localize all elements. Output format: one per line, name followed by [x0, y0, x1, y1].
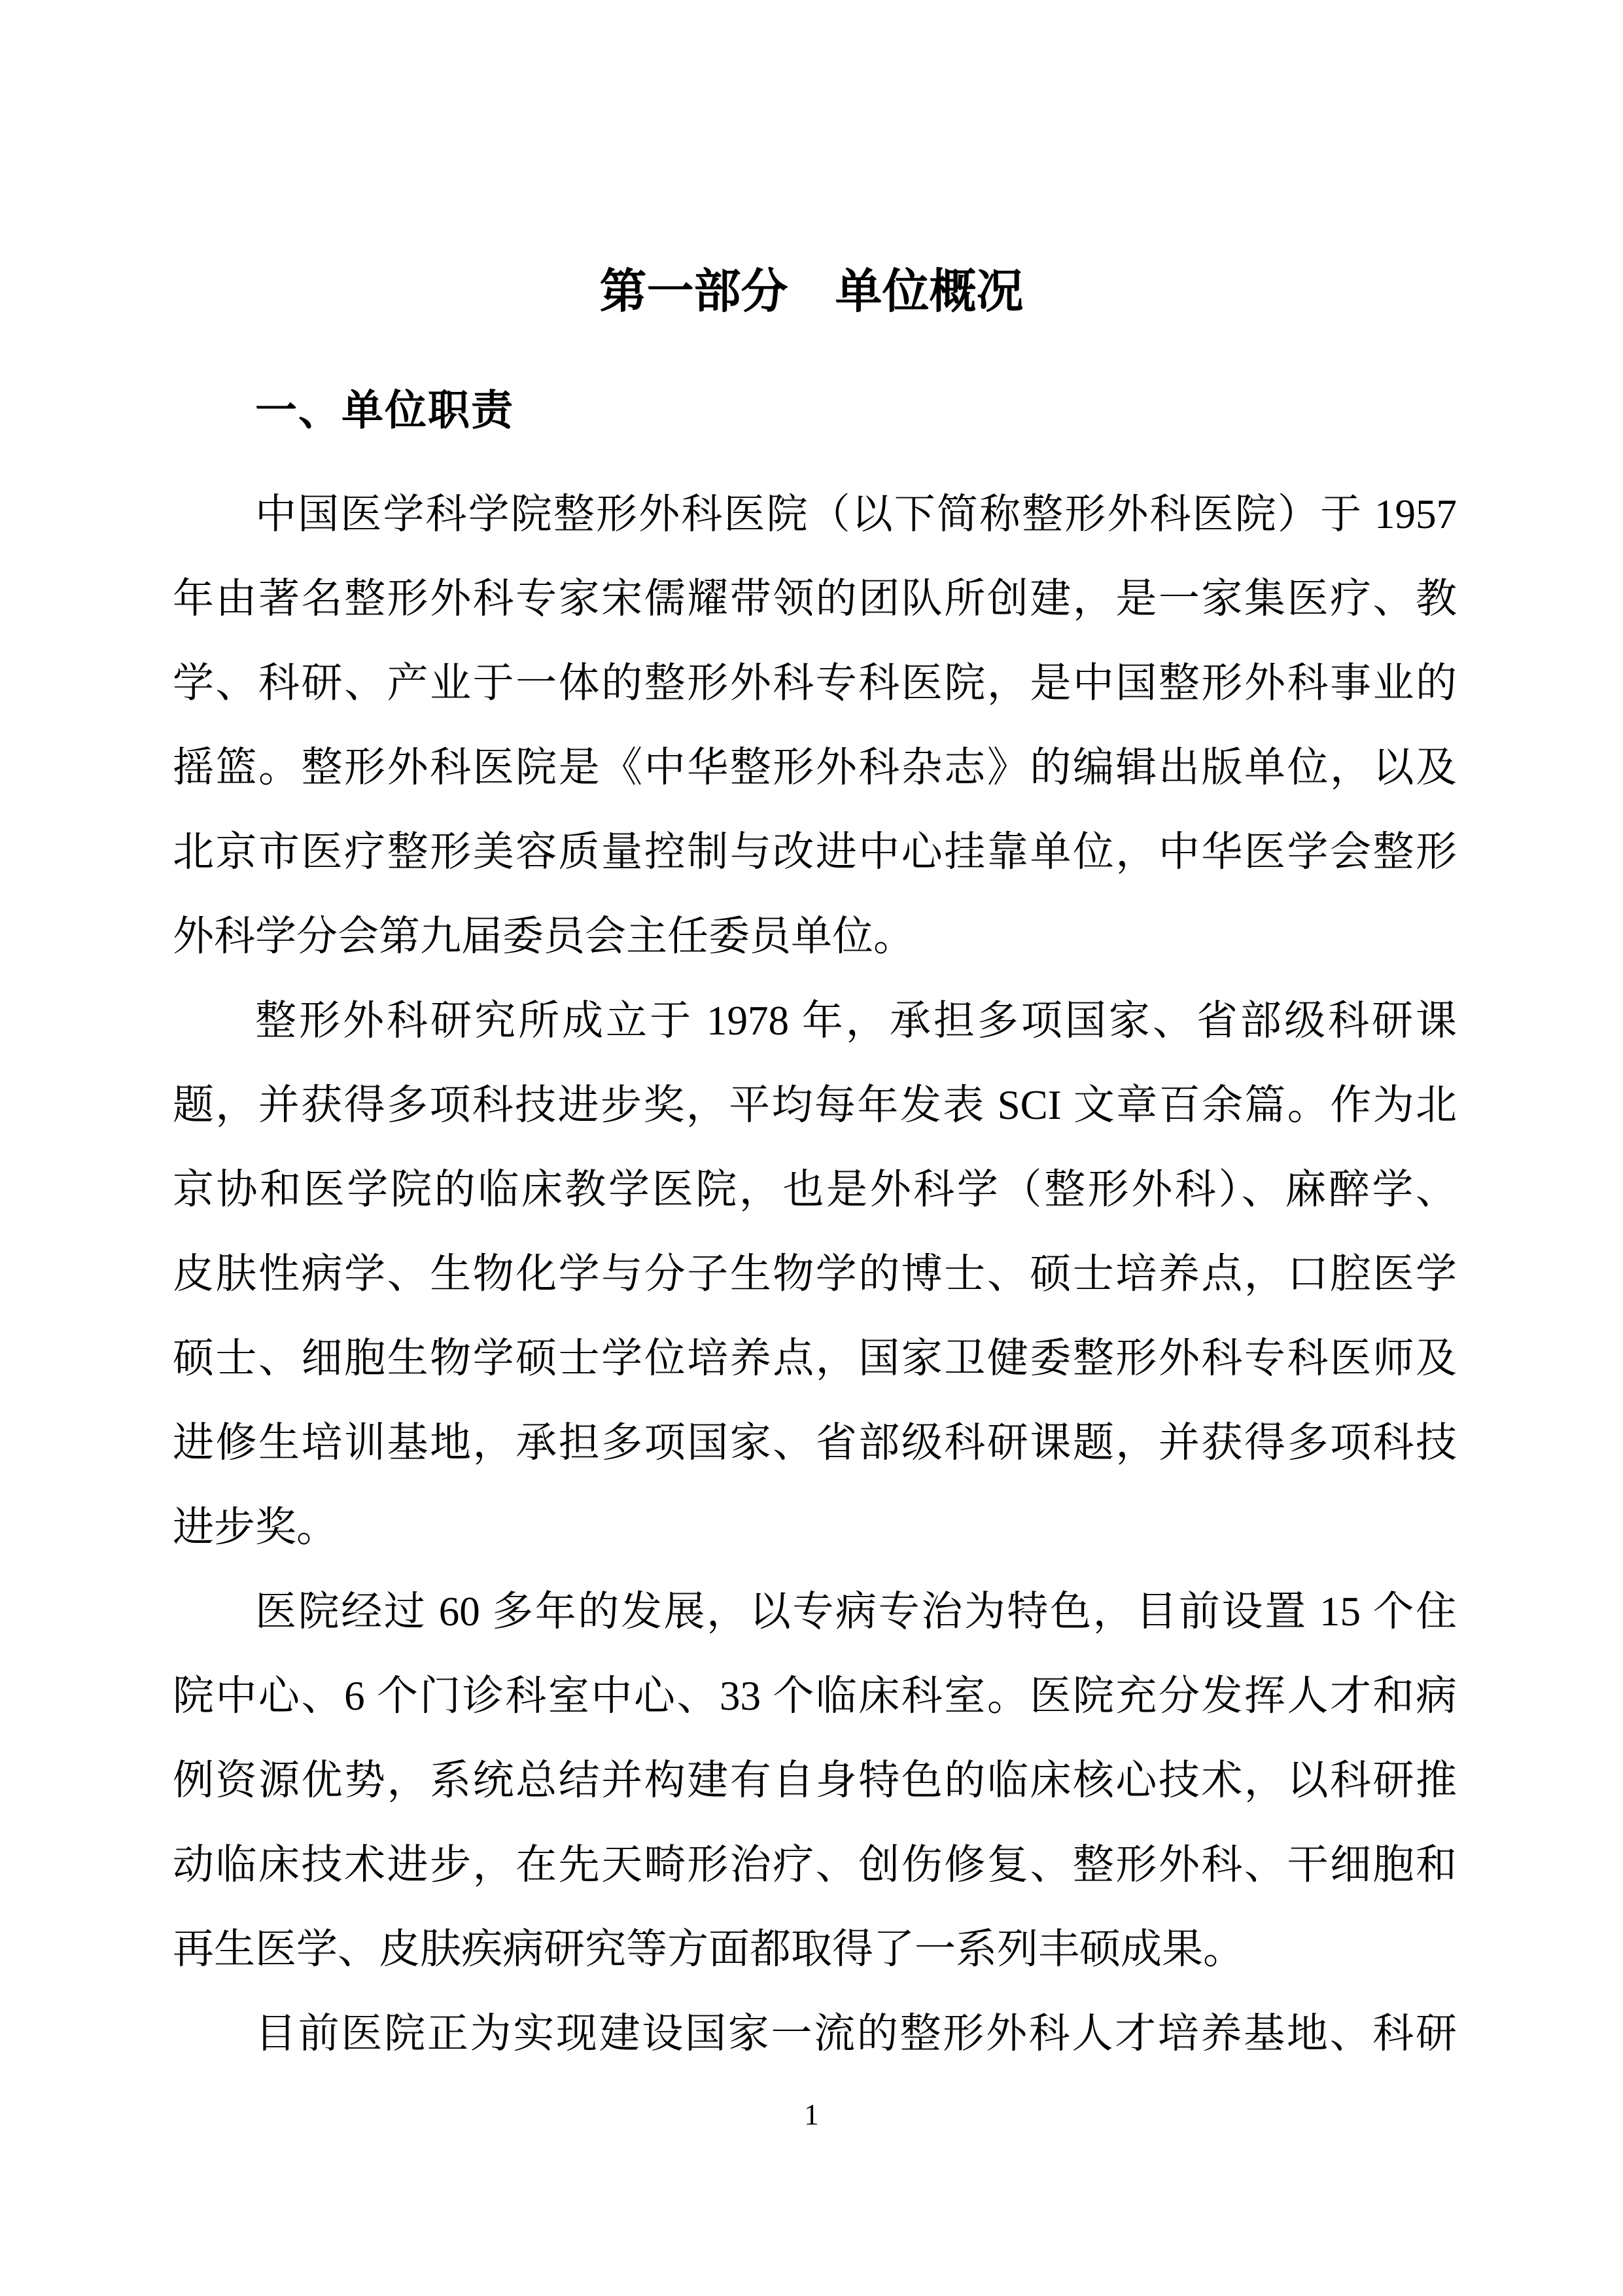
page-number: 1 [0, 2094, 1623, 2136]
paragraph: 整形外科研究所成立于 1978 年，承担多项国家、省部级科研课 题，并获得多项科… [173, 979, 1457, 1570]
document-body: 中国医学科学院整形外科医院（以下简称整形外科医院）于 1957 年由著名整形外科… [173, 472, 1457, 2076]
paragraph: 目前医院正为实现建设国家一流的整形外科人才培养基地、科研 [173, 1992, 1457, 2076]
text-line: 院中心、6 个门诊科室中心、33 个临床科室。医院充分发挥人才和病 [173, 1654, 1457, 1739]
text-line: 硕士、细胞生物学硕士学位培养点，国家卫健委整形外科专科医师及 [173, 1316, 1457, 1401]
text-line: 皮肤性病学、生物化学与分子生物学的博士、硕士培养点，口腔医学 [173, 1232, 1457, 1316]
text-line: 年由著名整形外科专家宋儒耀带领的团队所创建，是一家集医疗、教 [173, 557, 1457, 641]
text-line: 整形外科研究所成立于 1978 年，承担多项国家、省部级科研课 [173, 979, 1457, 1063]
paragraph: 医院经过 60 多年的发展，以专病专治为特色，目前设置 15 个住 院中心、6 … [173, 1570, 1457, 1992]
text-line: 再生医学、皮肤疾病研究等方面都取得了一系列丰硕成果。 [173, 1907, 1457, 1992]
text-line: 中国医学科学院整形外科医院（以下简称整形外科医院）于 1957 [173, 472, 1457, 557]
section-heading: 一、单位职责 [255, 387, 514, 433]
text-line: 北京市医疗整形美容质量控制与改进中心挂靠单位，中华医学会整形 [173, 810, 1457, 894]
text-line: 摇篮。整形外科医院是《中华整形外科杂志》的编辑出版单位，以及 [173, 726, 1457, 810]
text-line: 京协和医学院的临床教学医院，也是外科学（整形外科）、麻醉学、 [173, 1148, 1457, 1232]
text-line: 进步奖。 [173, 1485, 1457, 1570]
text-line: 目前医院正为实现建设国家一流的整形外科人才培养基地、科研 [173, 1992, 1457, 2076]
document-page: 第一部分 单位概况 一、单位职责 中国医学科学院整形外科医院（以下简称整形外科医… [0, 0, 1623, 2296]
text-line: 学、科研、产业于一体的整形外科专科医院，是中国整形外科事业的 [173, 641, 1457, 726]
text-line: 外科学分会第九届委员会主任委员单位。 [173, 894, 1457, 979]
text-line: 进修生培训基地，承担多项国家、省部级科研课题，并获得多项科技 [173, 1401, 1457, 1485]
text-line: 动临床技术进步，在先天畸形治疗、创伤修复、整形外科、干细胞和 [173, 1823, 1457, 1907]
text-line: 题，并获得多项科技进步奖，平均每年发表 SCI 文章百余篇。作为北 [173, 1063, 1457, 1148]
text-line: 医院经过 60 多年的发展，以专病专治为特色，目前设置 15 个住 [173, 1570, 1457, 1654]
page-title: 第一部分 单位概况 [0, 259, 1623, 325]
paragraph: 中国医学科学院整形外科医院（以下简称整形外科医院）于 1957 年由著名整形外科… [173, 472, 1457, 979]
text-line: 例资源优势，系统总结并构建有自身特色的临床核心技术，以科研推 [173, 1739, 1457, 1823]
